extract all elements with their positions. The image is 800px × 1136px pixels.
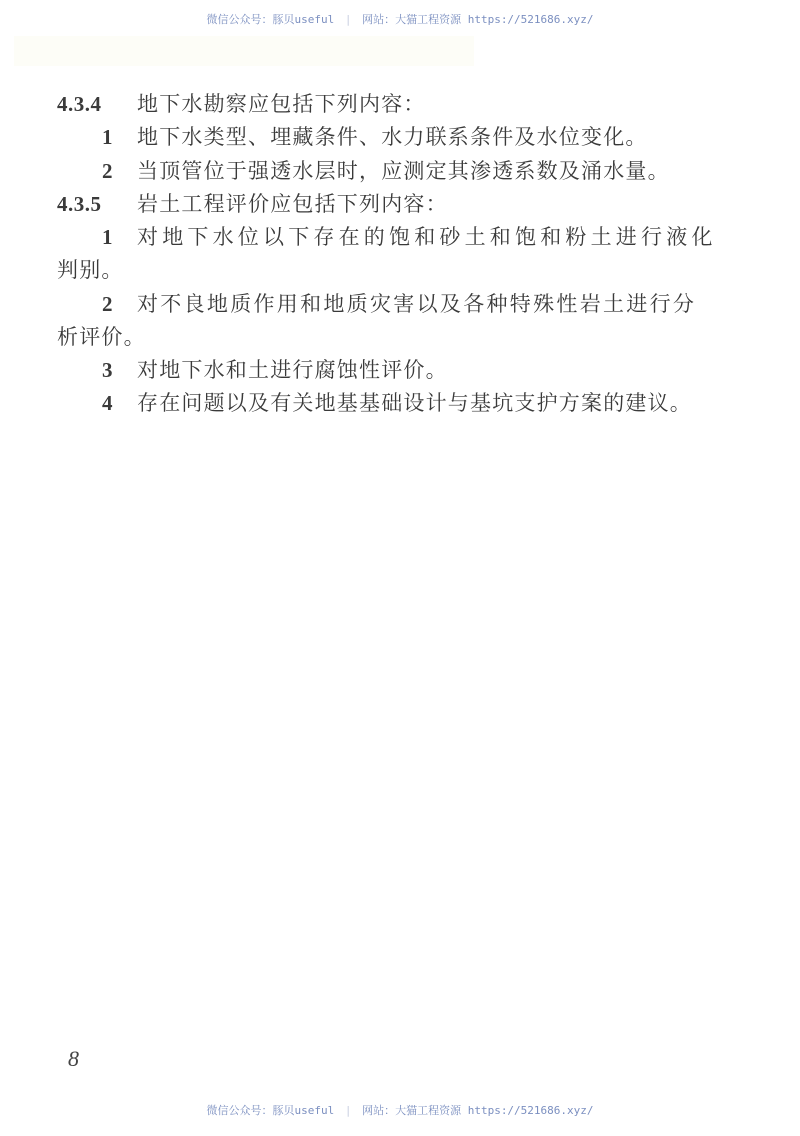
page-number: 8 xyxy=(68,1046,79,1072)
clause-heading: 4.3.5 岩土工程评价应包括下列内容： xyxy=(0,188,800,221)
watermark-separator: | xyxy=(345,13,352,26)
item-number: 2 xyxy=(102,288,114,321)
clause-item: 2 对不良地质作用和地质灾害以及各种特殊性岩土进行分 xyxy=(0,288,800,321)
item-number: 3 xyxy=(102,354,114,387)
item-number: 2 xyxy=(102,155,114,188)
scan-tint xyxy=(14,36,474,66)
watermark-wechat: 微信公众号：豚贝useful xyxy=(206,13,334,26)
clause-item: 1 地下水类型、埋藏条件、水力联系条件及水位变化。 xyxy=(0,121,800,154)
watermark-site: 网站：大猫工程资源 https://521686.xyz/ xyxy=(362,13,593,26)
watermark-separator: | xyxy=(345,1104,352,1117)
item-text: 地下水类型、埋藏条件、水力联系条件及水位变化。 xyxy=(137,121,648,154)
item-text: 当顶管位于强透水层时，应测定其渗透系数及涌水量。 xyxy=(137,155,670,188)
item-text-continued: 判别。 xyxy=(57,254,124,287)
clause-title: 地下水勘察应包括下列内容： xyxy=(137,88,426,121)
watermark-site: 网站：大猫工程资源 https://521686.xyz/ xyxy=(362,1104,593,1117)
clause-item: 2 当顶管位于强透水层时，应测定其渗透系数及涌水量。 xyxy=(0,155,800,188)
item-number: 4 xyxy=(102,387,114,420)
clause-item: 3 对地下水和土进行腐蚀性评价。 xyxy=(0,354,800,387)
item-text: 对不良地质作用和地质灾害以及各种特殊性岩土进行分 xyxy=(137,288,696,321)
item-text: 存在问题以及有关地基基础设计与基坑支护方案的建议。 xyxy=(137,387,692,420)
clause-number: 4.3.4 xyxy=(57,88,102,121)
clause-item: 1 对地下水位以下存在的饱和砂土和饱和粉土进行液化 xyxy=(0,221,800,254)
bottom-watermark: 微信公众号：豚贝useful | 网站：大猫工程资源 https://52168… xyxy=(0,1102,800,1118)
clause-title: 岩土工程评价应包括下列内容： xyxy=(137,188,448,221)
item-text-continued: 析评价。 xyxy=(57,321,146,354)
item-continuation: 析评价。 xyxy=(0,321,800,354)
clause-item: 4 存在问题以及有关地基基础设计与基坑支护方案的建议。 xyxy=(0,387,800,420)
item-number: 1 xyxy=(102,221,114,254)
watermark-wechat: 微信公众号：豚贝useful xyxy=(206,1104,334,1117)
item-text: 对地下水和土进行腐蚀性评价。 xyxy=(137,354,448,387)
item-number: 1 xyxy=(102,121,114,154)
top-watermark: 微信公众号：豚贝useful | 网站：大猫工程资源 https://52168… xyxy=(0,11,800,27)
item-text: 对地下水位以下存在的饱和砂土和饱和粉土进行液化 xyxy=(137,221,717,254)
item-continuation: 判别。 xyxy=(0,254,800,287)
clause-number: 4.3.5 xyxy=(57,188,102,221)
clause-heading: 4.3.4 地下水勘察应包括下列内容： xyxy=(0,88,800,121)
